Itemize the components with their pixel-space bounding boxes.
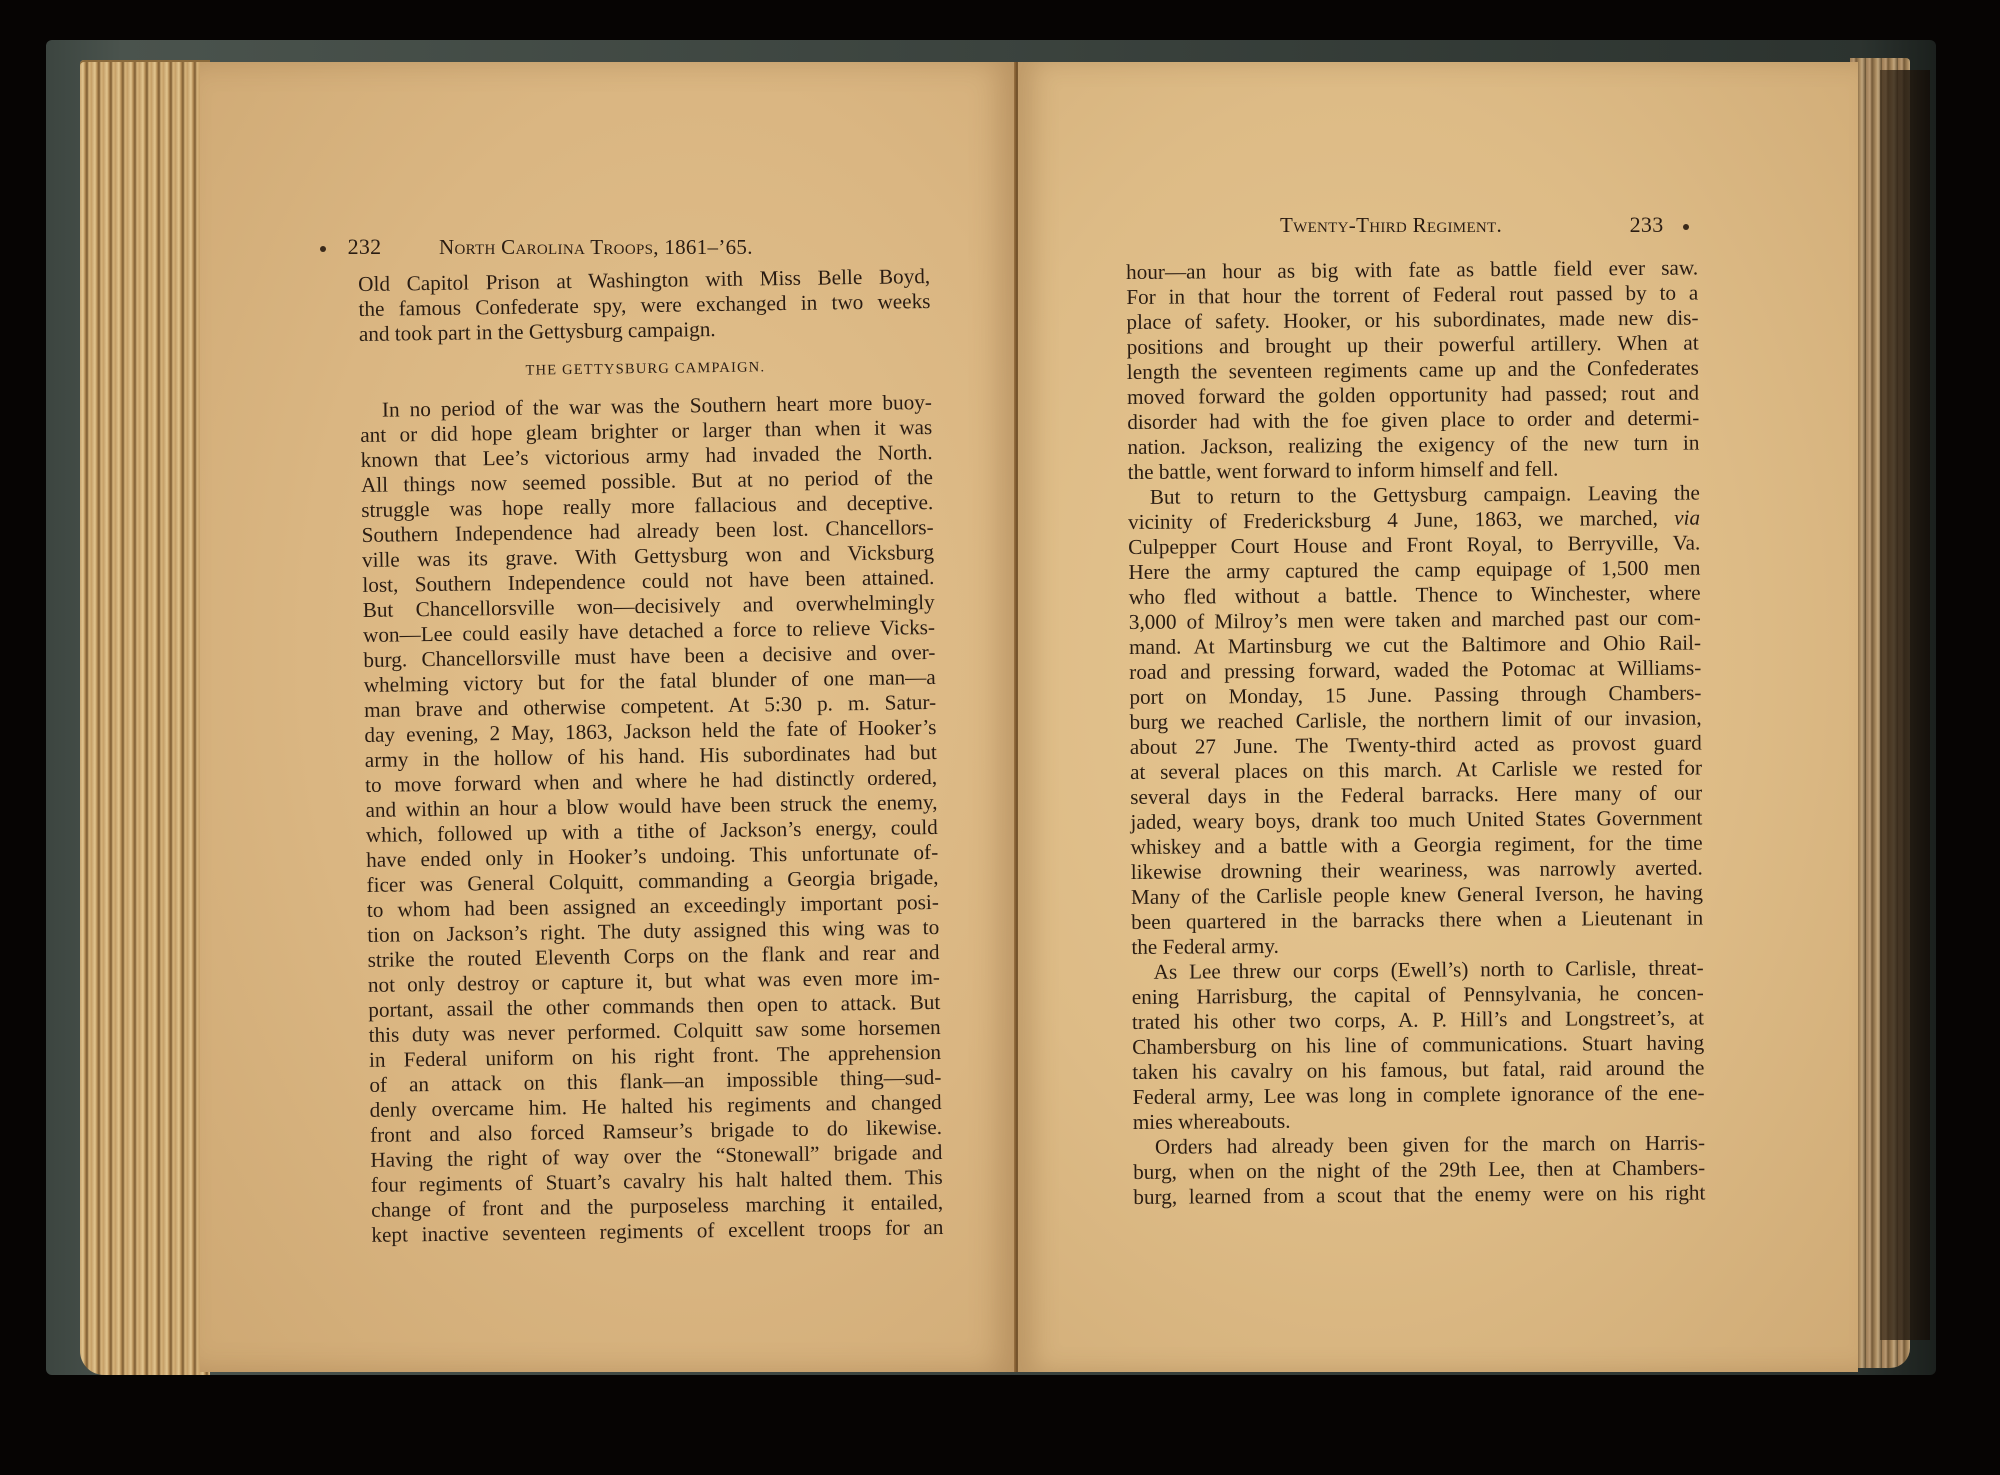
paragraph-4: Orders had already been given for the ma… (1133, 1130, 1706, 1209)
text-line: been quartered in the barracks there whe… (1131, 905, 1703, 934)
text-line: nation. Jackson, realizing the exigency … (1127, 431, 1699, 460)
margin-dot-icon (1683, 224, 1689, 230)
margin-dot-icon (320, 246, 326, 252)
running-head-title-right: Twenty-Third Regiment. (1280, 213, 1502, 237)
running-head-title-left: North Carolina Troops, 1861–’65. (439, 235, 753, 259)
paragraph-1: hour—an hour as big with fate as battle … (1126, 256, 1700, 485)
paragraph-3: As Lee threw our corps (Ewell’s) north t… (1131, 955, 1704, 1134)
text-line: burg, learned from a scout that the enem… (1133, 1180, 1705, 1209)
left-page-block-edges (80, 60, 210, 1375)
right-page: Twenty-Third Regiment. 233 hour—an hour … (1018, 62, 1858, 1372)
left-page: 232 North Carolina Troops, 1861–’65. Old… (200, 62, 1016, 1372)
left-text-block: Old Capitol Prison at Washington with Mi… (358, 264, 944, 1248)
left-running-head: 232 North Carolina Troops, 1861–’65. (320, 234, 753, 260)
section-paragraph: In no period of the war was the Southern… (360, 390, 944, 1248)
section-heading: THE GETTYSBURG CAMPAIGN. (359, 353, 931, 386)
page-number-left: 232 (348, 234, 382, 259)
opening-paragraph: Old Capitol Prison at Washington with Mi… (358, 264, 931, 347)
text-segment: vicinity of Fredericksburg 4 June, 1863,… (1128, 506, 1658, 534)
page-number-right: 233 (1630, 212, 1664, 237)
right-running-head: Twenty-Third Regiment. 233 (1280, 212, 1689, 238)
right-cover-shadow (1880, 70, 1930, 1340)
text-line: Federal army, Lee was long in complete i… (1132, 1080, 1704, 1109)
italic-word: via (1674, 505, 1700, 529)
paragraph-2: But to return to the Gettysburg campaign… (1128, 481, 1704, 960)
right-text-block: hour—an hour as big with fate as battle … (1126, 256, 1705, 1210)
